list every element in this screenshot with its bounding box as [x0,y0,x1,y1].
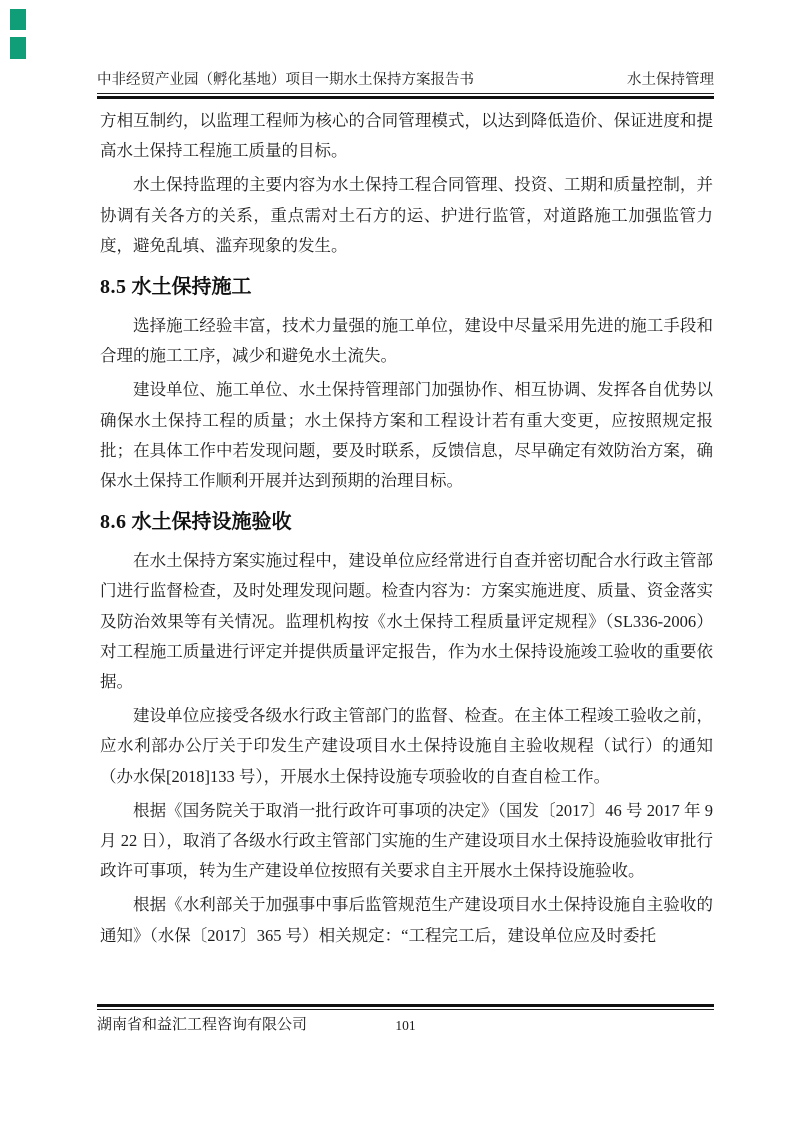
body-paragraph: 建设单位应接受各级水行政主管部门的监督、检查。在主体工程竣工验收之前，应水利部办… [100,701,713,792]
page-footer: 湖南省和益汇工程咨询有限公司 101 [97,1004,714,1035]
body-paragraph: 建设单位、施工单位、水土保持管理部门加强协作、相互协调、发挥各自优势以确保水土保… [100,375,713,496]
document-body: 方相互制约，以监理工程师为核心的合同管理模式，以达到降低造价、保证进度和提高水土… [100,106,713,955]
body-paragraph: 选择施工经验丰富，技术力量强的施工单位，建设中尽量采用先进的施工手段和合理的施工… [100,311,713,371]
section-heading: 8.5 水土保持施工 [100,273,713,301]
body-paragraph: 在水土保持方案实施过程中，建设单位应经常进行自查并密切配合水行政主管部门进行监督… [100,546,713,697]
body-paragraph: 根据《国务院关于取消一批行政许可事项的决定》（国发〔2017〕46 号 2017… [100,796,713,887]
scan-mark-top [10,9,26,30]
page-header: 中非经贸产业园（孵化基地）项目一期水土保持方案报告书 水土保持管理 [97,70,714,99]
section-title: 水土保持设施验收 [132,511,292,533]
header-rule [97,93,714,99]
body-paragraph: 方相互制约，以监理工程师为核心的合同管理模式，以达到降低造价、保证进度和提高水土… [100,106,713,166]
header-chapter-label: 水土保持管理 [627,70,714,90]
section-heading: 8.6 水土保持设施验收 [100,508,713,536]
document-page: 中非经贸产业园（孵化基地）项目一期水土保持方案报告书 水土保持管理 方相互制约，… [0,0,793,1122]
body-paragraph: 根据《水利部关于加强事中事后监管规范生产建设项目水土保持设施自主验收的通知》（水… [100,890,713,950]
scan-mark-bottom [10,37,26,59]
section-title: 水土保持施工 [132,276,252,298]
footer-rule [97,1004,714,1010]
section-number: 8.5 [100,276,127,298]
page-number: 101 [97,1016,714,1036]
header-report-title: 中非经贸产业园（孵化基地）项目一期水土保持方案报告书 [97,70,474,90]
section-number: 8.6 [100,511,127,533]
body-paragraph: 水土保持监理的主要内容为水土保持工程合同管理、投资、工期和质量控制，并协调有关各… [100,170,713,261]
